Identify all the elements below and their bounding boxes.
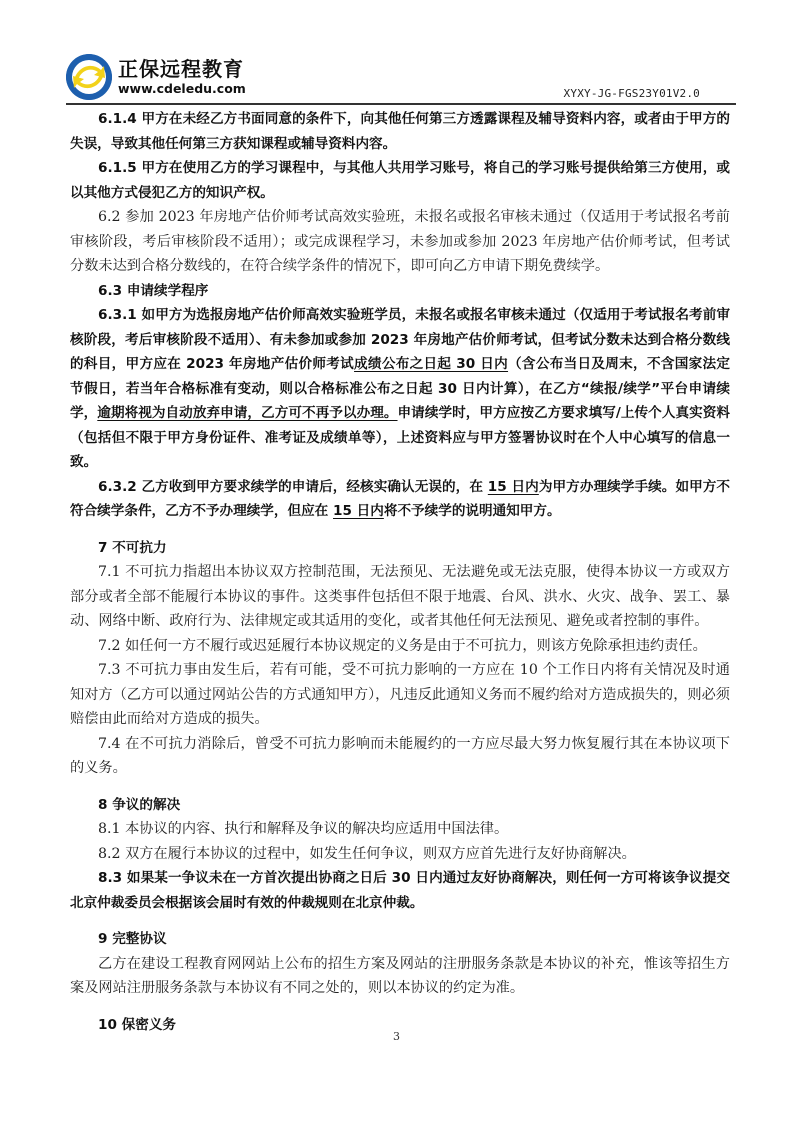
page-number: 3 <box>0 1030 793 1043</box>
spacer <box>70 524 730 536</box>
heading-7: 7 不可抗力 <box>70 536 730 561</box>
clause-7-3: 7.3 不可抗力事由发生后，若有可能，受不可抗力影响的一方应在 10 个工作日内… <box>70 658 730 732</box>
clause-6-3-1: 6.3.1 如甲方为选报房地产估价师高效实验班学员，未报名或报名审核未通过（仅适… <box>70 303 730 475</box>
clause-7-4: 7.4 在不可抗力消除后，曾受不可抗力影响而未能履约的一方应尽最大努力恢复履行其… <box>70 732 730 781</box>
clause-text: 6.3.2 乙方收到甲方要求续学的申请后，经核实确认无误的，在 <box>98 479 488 495</box>
heading-8: 8 争议的解决 <box>70 793 730 818</box>
clause-6-2: 6.2 参加 2023 年房地产估价师考试高效实验班，未报名或报名审核未通过（仅… <box>70 205 730 279</box>
logo-icon <box>66 54 112 100</box>
clause-6-3-2: 6.3.2 乙方收到甲方要求续学的申请后，经核实确认无误的，在 15 日内为甲方… <box>70 475 730 524</box>
spacer <box>70 781 730 793</box>
clause-6-1-5: 6.1.5 甲方在使用乙方的学习课程中，与其他人共用学习账号，将自己的学习账号提… <box>70 156 730 205</box>
clause-8-1: 8.1 本协议的内容、执行和解释及争议的解决均应适用中国法律。 <box>70 817 730 842</box>
brand-name: 正保远程教育 <box>118 58 244 80</box>
spacer <box>70 915 730 927</box>
header-divider <box>66 103 736 105</box>
clause-8-2: 8.2 双方在履行本协议的过程中，如发生任何争议，则双方应首先进行友好协商解决。 <box>70 842 730 867</box>
clause-7-2: 7.2 如任何一方不履行或迟延履行本协议规定的义务是由于不可抗力，则该方免除承担… <box>70 634 730 659</box>
clause-7-1: 7.1 不可抗力指超出本协议双方控制范围，无法预见、无法避免或无法克服，使得本协… <box>70 560 730 634</box>
heading-6-3: 6.3 申请续学程序 <box>70 279 730 304</box>
brand-url: www.cdeledu.com <box>118 82 246 96</box>
overdue-underline: 逾期将视为自动放弃申请，乙方可不再予以办理。 <box>97 405 397 421</box>
clause-9: 乙方在建设工程教育网网站上公布的招生方案及网站的注册服务条款是本协议的补充，惟该… <box>70 952 730 1001</box>
document-body: 6.1.4 甲方在未经乙方书面同意的条件下，向其他任何第三方透露课程及辅导资料内… <box>70 107 730 1037</box>
spacer <box>70 1001 730 1013</box>
document-code: XYXY-JG-FGS23Y01V2.0 <box>564 87 700 100</box>
clause-text: 将不予续学的说明通知甲方。 <box>384 503 561 519</box>
clause-8-3: 8.3 如果某一争议未在一方首次提出协商之日后 30 日内通过友好协商解决，则任… <box>70 866 730 915</box>
clause-6-1-4: 6.1.4 甲方在未经乙方书面同意的条件下，向其他任何第三方透露课程及辅导资料内… <box>70 107 730 156</box>
deadline-underline: 15 日内 <box>488 479 539 495</box>
deadline-underline: 成绩公布之日起 30 日内 <box>354 356 508 372</box>
heading-9: 9 完整协议 <box>70 927 730 952</box>
deadline-underline: 15 日内 <box>333 503 384 519</box>
page-header: 正保远程教育 www.cdeledu.com XYXY-JG-FGS23Y01V… <box>66 52 736 105</box>
